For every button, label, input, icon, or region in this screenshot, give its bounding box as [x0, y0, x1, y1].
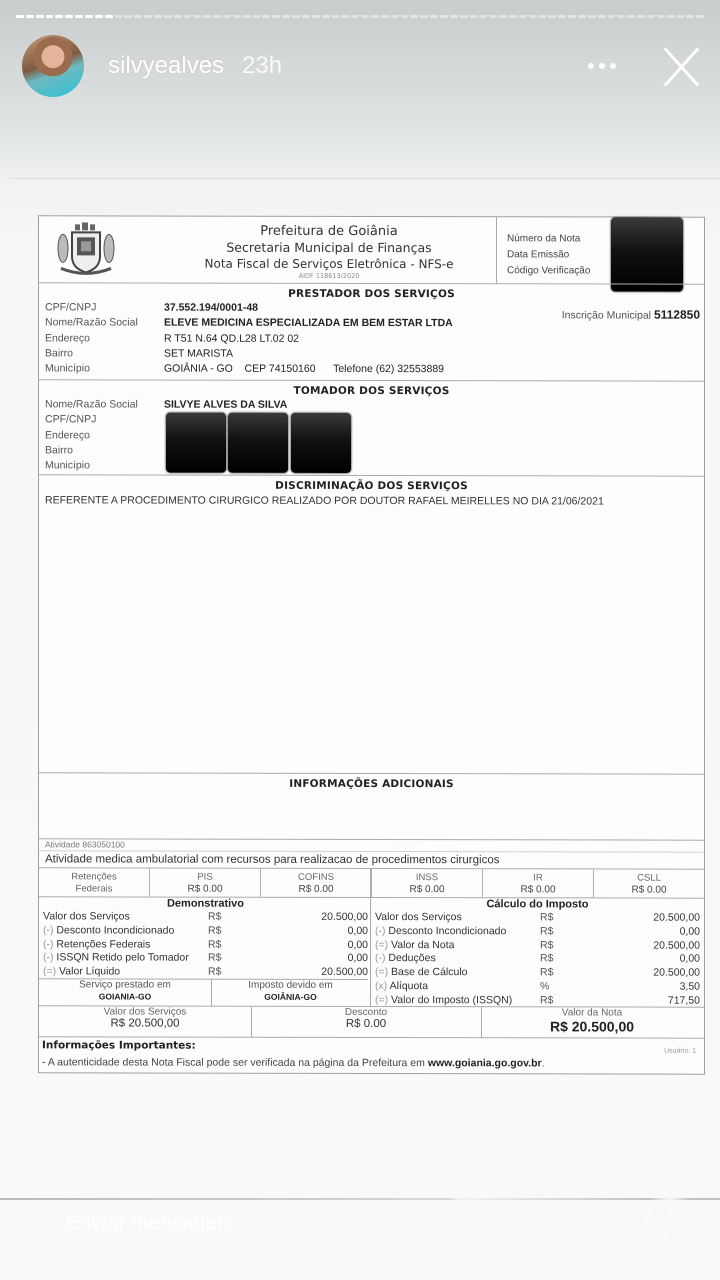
more-horizontal-icon [599, 63, 605, 69]
section-title-discriminacao: DISCRIMINAÇÃO DOS SERVIÇOS [39, 479, 704, 492]
prestador-razao-social: ELEVE MEDICINA ESPECIALIZADA EM BEM ESTA… [164, 316, 453, 332]
desconto-label: Desconto [251, 1007, 481, 1018]
progress-segment [529, 15, 537, 18]
authenticity-suffix: . [542, 1057, 545, 1069]
retencao-cell: COFINSR$ 0.00 [261, 869, 372, 897]
retencao-value: R$ 0.00 [261, 883, 371, 895]
prestador-cep: 74150160 [269, 363, 316, 375]
progress-segment [548, 15, 556, 18]
progress-segment [124, 15, 132, 18]
progress-segment [361, 15, 369, 18]
section-title-tomador: TOMADOR DOS SERVIÇOS [39, 384, 704, 397]
progress-segment [479, 15, 487, 18]
progress-segment [16, 15, 24, 18]
divider [496, 217, 497, 283]
progress-segment [519, 15, 527, 18]
prefeitura-link[interactable]: www.goiania.go.gov.br [428, 1057, 542, 1069]
calc-row-amount: 0,00 [268, 925, 368, 939]
calc-row-amount: 20.500,00 [268, 911, 368, 925]
progress-segment [470, 15, 478, 18]
progress-segment [322, 15, 330, 18]
label-bairro: Bairro [45, 443, 138, 458]
progress-segment [558, 15, 566, 18]
progress-segment [410, 15, 418, 18]
progress-segment [627, 15, 635, 18]
calc-row: (-) Desconto IncondicionadoR$0,00 [375, 925, 700, 939]
header-line-1: Prefeitura de Goiânia [149, 223, 509, 241]
progress-segment [36, 15, 44, 18]
calculo-title: Cálculo do Imposto [375, 898, 700, 912]
calc-row-amount: 0,00 [600, 925, 700, 939]
calc-row-amount: 0,00 [268, 952, 368, 966]
usuario-label: Usuário: 1 [664, 1044, 696, 1059]
calc-row-label: (=) Base de Cálculo [375, 966, 540, 980]
reply-input[interactable]: Enviar mensagem [66, 1212, 235, 1235]
calc-row: (-) Retenções FederaisR$0,00 [43, 938, 368, 952]
service-description: REFERENTE A PROCEDIMENTO CIRURGICO REALI… [45, 493, 604, 509]
progress-segment [608, 15, 616, 18]
username[interactable]: silvyealves [108, 52, 224, 80]
progress-segment [105, 15, 113, 18]
retencao-label: Retenções [39, 871, 149, 883]
total-valor-servicos: Valor dos Serviços R$ 20.500,00 [39, 1006, 251, 1036]
valor-nota-value: R$ 20.500,00 [481, 1018, 703, 1034]
divider [39, 838, 704, 840]
progress-segment [65, 15, 73, 18]
progress-segment [391, 15, 399, 18]
imposto-devido: Imposto devido em GOIÂNIA-GO [211, 980, 370, 1003]
label-numero-nota: Número da Nota [507, 231, 590, 247]
progress-segment [351, 15, 359, 18]
retencao-label: COFINS [261, 872, 371, 884]
progress-segment [598, 15, 606, 18]
calc-row: (-) Desconto IncondicionadoR$0,00 [43, 924, 368, 938]
progress-segment [539, 15, 547, 18]
label-bairro: Bairro [45, 346, 138, 361]
retencao-cell: CSLLR$ 0.00 [594, 869, 704, 897]
divider [39, 474, 704, 476]
progress-segment [499, 15, 507, 18]
progress-segment [46, 15, 54, 18]
calc-row-currency: R$ [540, 967, 600, 981]
label-cnpj: CPF/CNPJ [45, 300, 138, 315]
calc-row-currency: R$ [540, 953, 600, 967]
progress-segment [657, 15, 665, 18]
calc-row-label: (-) Desconto Incondicionado [375, 925, 540, 939]
municipal-crest-icon [55, 222, 117, 278]
progress-segment [243, 15, 251, 18]
redaction-box [166, 413, 226, 473]
calc-row: (=) Base de CálculoR$20.500,00 [375, 966, 700, 980]
retencao-value: R$ 0.00 [150, 883, 260, 895]
calc-row-amount: 20.500,00 [600, 911, 700, 925]
retencao-cell: INSSR$ 0.00 [372, 869, 483, 897]
progress-segment [440, 15, 448, 18]
cep-label: CEP [245, 363, 266, 375]
calc-row-amount: 0,00 [268, 938, 368, 952]
importantes-text: - A autenticidade desta Nota Fiscal pode… [42, 1055, 545, 1071]
retencoes-row: RetençõesFederaisPISR$ 0.00COFINSR$ 0.00… [39, 868, 704, 897]
progress-segment [430, 15, 438, 18]
progress-segment [312, 15, 320, 18]
calc-row-currency: R$ [208, 952, 268, 966]
calc-row: Valor dos ServiçosR$20.500,00 [43, 910, 368, 924]
calc-row-currency: R$ [540, 911, 600, 925]
header-line-2: Secretaria Municipal de Finanças [149, 240, 509, 257]
tomador-labels: Nome/Razão Social CPF/CNPJ Endereço Bair… [45, 397, 138, 474]
calc-row-currency: R$ [208, 966, 268, 980]
calc-row-currency: R$ [540, 925, 600, 939]
calculo-imposto-table: Cálculo do Imposto Valor dos ServiçosR$2… [375, 898, 700, 1008]
retencao-label: IR [483, 872, 593, 884]
inscricao-value: 5112850 [654, 308, 700, 322]
calc-row-amount: 20.500,00 [600, 939, 700, 953]
atividade-code: 863050100 [82, 839, 125, 849]
calc-row: (=) Valor da NotaR$20.500,00 [375, 939, 700, 953]
progress-segment [75, 15, 83, 18]
calc-row-label: (-) Desconto Incondicionado [43, 924, 208, 938]
valor-servicos-label: Valor dos Serviços [39, 1006, 251, 1017]
retencao-value: Federais [39, 883, 149, 895]
label-endereco: Endereço [45, 331, 138, 346]
progress-segment [272, 15, 280, 18]
retencao-cell: IRR$ 0.00 [483, 869, 594, 897]
atividade-description: Atividade medica ambulatorial com recurs… [45, 852, 499, 868]
label-municipio: Município [45, 362, 138, 377]
progress-segment [686, 15, 694, 18]
label-razao-social: Nome/Razão Social [45, 397, 138, 412]
inscricao-municipal: Inscrição Municipal 5112850 [562, 307, 700, 324]
header-aidf: AIDF 118613/2020 [149, 272, 509, 282]
progress-segment [262, 15, 270, 18]
calc-row-label: (-) Retenções Federais [43, 938, 208, 952]
servico-prestado-label: Serviço prestado em [39, 979, 211, 991]
prestador-endereco: R T51 N.64 QD.L28 LT.02 02 [164, 331, 453, 347]
prestador-municipio-line: GOIÂNIA - GO CEP 74150160 Telefone (62) … [164, 362, 453, 378]
more-horizontal-icon [610, 63, 616, 69]
prestador-municipio: GOIÂNIA - GO [164, 363, 233, 375]
section-title-info-adicionais: INFORMAÇÕES ADICIONAIS [39, 777, 704, 790]
progress-segment [509, 15, 517, 18]
header-line-3: Nota Fiscal de Serviços Eletrônica - NFS… [149, 256, 509, 273]
invoice-document: Prefeitura de Goiânia Secretaria Municip… [38, 215, 705, 1074]
calc-row-currency: R$ [208, 911, 268, 925]
photo-edge [10, 178, 720, 179]
label-codigo-verificacao: Código Verificação [507, 263, 590, 279]
prestador-telefone: (62) 32553889 [376, 363, 444, 375]
progress-segment [213, 15, 221, 18]
prestador-bairro: SET MARISTA [164, 346, 453, 362]
authenticity-text: - A autenticidade desta Nota Fiscal pode… [42, 1056, 428, 1069]
divider [370, 869, 371, 1007]
divider [39, 772, 704, 774]
divider [39, 282, 704, 284]
progress-segment [193, 15, 201, 18]
imposto-devido-value: GOIÂNIA-GO [211, 991, 370, 1003]
progress-segment [302, 15, 310, 18]
total-desconto: Desconto R$ 0.00 [251, 1007, 481, 1037]
valor-nota-label: Valor da Nota [481, 1007, 703, 1018]
close-button[interactable] [660, 44, 704, 88]
redaction-box [291, 413, 351, 473]
total-valor-nota: Valor da Nota R$ 20.500,00 [481, 1007, 703, 1037]
progress-segment [184, 15, 192, 18]
calc-row-amount: 20.500,00 [600, 967, 700, 981]
note-meta-labels: Número da Nota Data Emissão Código Verif… [507, 231, 590, 279]
retencao-cell: PISR$ 0.00 [150, 869, 261, 897]
calc-row: (-) ISSQN Retido pelo TomadorR$0,00 [43, 952, 368, 966]
label-razao-social: Nome/Razão Social [45, 316, 138, 331]
calc-row: (x) Alíquota%3,50 [375, 980, 700, 994]
progress-segment [617, 15, 625, 18]
calc-row-amount: 0,00 [600, 953, 700, 967]
calc-row-label: (-) ISSQN Retido pelo Tomador [43, 952, 208, 966]
calc-row-label: (=) Valor da Nota [375, 939, 540, 953]
prestador-values: 37.552.194/0001-48 ELEVE MEDICINA ESPECI… [164, 301, 453, 378]
calc-row-label: (-) Deduções [375, 952, 540, 966]
calc-row: (-) DeduçõesR$0,00 [375, 952, 700, 966]
progress-segment [667, 15, 675, 18]
progress-segment [144, 15, 152, 18]
more-options-button[interactable] [582, 52, 622, 80]
retencao-label: INSS [372, 872, 482, 884]
progress-segment [371, 15, 379, 18]
retencao-label: PIS [150, 872, 260, 884]
label-data-emissao: Data Emissão [507, 247, 590, 263]
prestador-labels: CPF/CNPJ Nome/Razão Social Endereço Bair… [45, 300, 138, 377]
progress-segment [164, 15, 172, 18]
progress-segment [637, 15, 645, 18]
progress-segment [332, 15, 340, 18]
demonstrativo-title: Demonstrativo [43, 897, 368, 911]
calc-row-currency: R$ [208, 938, 268, 952]
section-title-prestador: PRESTADOR DOS SERVIÇOS [39, 287, 704, 300]
retencao-label: CSLL [594, 872, 704, 884]
calc-row-label: Valor dos Serviços [43, 910, 208, 924]
calc-row: Valor dos ServiçosR$20.500,00 [375, 911, 700, 925]
demonstrativo-table: Demonstrativo Valor dos ServiçosR$20.500… [43, 897, 368, 980]
calc-row-amount: 3,50 [600, 980, 700, 994]
atividade-label: Atividade [45, 839, 80, 849]
atividade-code-line: Atividade 863050100 [45, 839, 125, 850]
story-header: silvyealves 23h [22, 34, 704, 98]
retencao-value: R$ 0.00 [372, 884, 482, 896]
progress-segment [489, 15, 497, 18]
calc-row-currency: % [540, 980, 600, 994]
invoice-header-title: Prefeitura de Goiânia Secretaria Municip… [149, 223, 509, 282]
progress-segment [420, 15, 428, 18]
progress-segment [174, 15, 182, 18]
tomador-nome: SILVYE ALVES DA SILVA [164, 398, 287, 414]
imposto-devido-label: Imposto devido em [211, 980, 370, 992]
story-time: 23h [242, 52, 282, 80]
label-municipio: Município [45, 459, 138, 474]
progress-segment [154, 15, 162, 18]
progress-segment [578, 15, 586, 18]
progress-segment [233, 15, 241, 18]
progress-segment [282, 15, 290, 18]
retencao-value: R$ 0.00 [483, 884, 593, 896]
progress-segment [134, 15, 142, 18]
prestador-cnpj: 37.552.194/0001-48 [164, 301, 453, 317]
retencao-cell: RetençõesFederais [39, 868, 150, 896]
progress-segment [223, 15, 231, 18]
send-icon[interactable] [642, 1206, 671, 1240]
progress-segment [85, 15, 93, 18]
progress-segment [401, 15, 409, 18]
progress-segment [588, 15, 596, 18]
progress-segment [647, 15, 655, 18]
progress-segment [460, 15, 468, 18]
progress-segment [568, 15, 576, 18]
progress-segment [381, 15, 389, 18]
progress-segment [55, 15, 63, 18]
progress-segment [450, 15, 458, 18]
story-progress-bar [16, 15, 704, 19]
calc-row-currency: R$ [540, 939, 600, 953]
progress-segment [253, 15, 261, 18]
label-endereco: Endereço [45, 428, 138, 443]
desconto-value: R$ 0.00 [251, 1018, 481, 1031]
redaction-box [611, 218, 683, 292]
servico-prestado-value: GOIANIA-GO [39, 991, 211, 1003]
progress-segment [115, 15, 123, 18]
calc-row-currency: R$ [208, 924, 268, 938]
label-cnpj: CPF/CNPJ [45, 413, 138, 428]
progress-segment [95, 15, 103, 18]
calc-row-label: Valor dos Serviços [375, 911, 540, 925]
progress-segment [677, 15, 685, 18]
progress-segment [696, 15, 704, 18]
redaction-box [228, 413, 288, 473]
progress-segment [292, 15, 300, 18]
servico-prestado: Serviço prestado em GOIANIA-GO [39, 979, 211, 1002]
divider [39, 379, 704, 381]
retencao-value: R$ 0.00 [594, 884, 704, 896]
progress-segment [203, 15, 211, 18]
progress-segment [341, 15, 349, 18]
more-horizontal-icon [588, 63, 594, 69]
calc-row-label: (x) Alíquota [375, 980, 540, 994]
importantes-title: Informações Importantes: [42, 1038, 196, 1054]
progress-segment [26, 15, 34, 18]
avatar[interactable] [22, 35, 84, 97]
telefone-label: Telefone [333, 363, 373, 375]
photo-bottom-edge [0, 1198, 720, 1200]
valor-servicos-value: R$ 20.500,00 [39, 1017, 251, 1030]
label-inscricao: Inscrição Municipal [562, 309, 651, 321]
tomador-values: SILVYE ALVES DA SILVA [164, 398, 287, 414]
